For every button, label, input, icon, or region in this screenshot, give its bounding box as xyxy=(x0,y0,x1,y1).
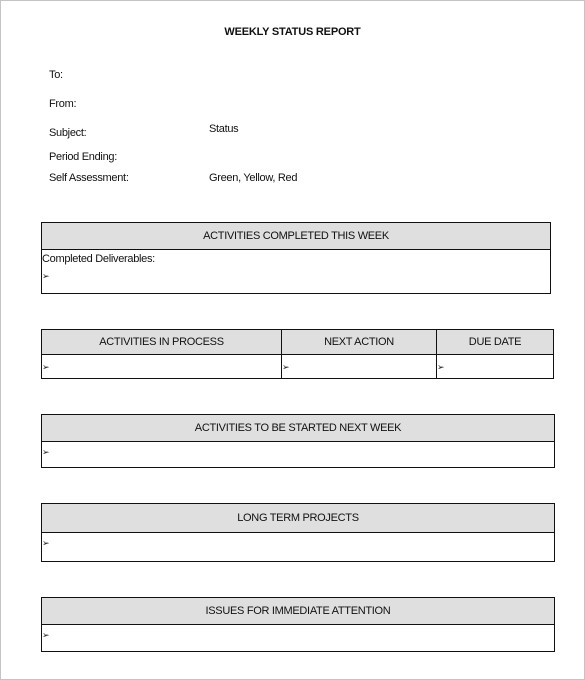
completed-activities-header: ACTIVITIES COMPLETED THIS WEEK xyxy=(42,223,551,250)
completed-activities-cell[interactable]: Completed Deliverables: ➢ xyxy=(42,250,551,294)
arrow-bullet-icon: ➢ xyxy=(437,362,444,373)
next-week-cell[interactable]: ➢ xyxy=(42,442,555,468)
in-process-header: ACTIVITIES IN PROCESS xyxy=(42,330,282,355)
document-page: WEEKLY STATUS REPORT To: From: Subject: … xyxy=(0,0,585,680)
due-date-header: DUE DATE xyxy=(437,330,554,355)
issues-table: ISSUES FOR IMMEDIATE ATTENTION ➢ xyxy=(41,597,555,652)
arrow-bullet-icon: ➢ xyxy=(42,538,49,549)
in-process-table: ACTIVITIES IN PROCESS NEXT ACTION DUE DA… xyxy=(41,329,554,379)
completed-activities-table: ACTIVITIES COMPLETED THIS WEEK Completed… xyxy=(41,222,551,294)
next-week-header: ACTIVITIES TO BE STARTED NEXT WEEK xyxy=(42,415,555,442)
self-assessment-value[interactable]: Green, Yellow, Red xyxy=(209,172,297,184)
completed-deliverables-label: Completed Deliverables: xyxy=(42,253,550,265)
long-term-projects-cell[interactable]: ➢ xyxy=(42,533,555,562)
to-label: To: xyxy=(49,69,63,81)
in-process-cell[interactable]: ➢ xyxy=(42,355,282,379)
next-week-table: ACTIVITIES TO BE STARTED NEXT WEEK ➢ xyxy=(41,414,555,468)
issues-header: ISSUES FOR IMMEDIATE ATTENTION xyxy=(42,598,555,625)
from-label: From: xyxy=(49,98,76,110)
arrow-bullet-icon: ➢ xyxy=(282,362,289,373)
next-action-header: NEXT ACTION xyxy=(282,330,437,355)
next-action-cell[interactable]: ➢ xyxy=(282,355,437,379)
self-assessment-label: Self Assessment: xyxy=(49,172,129,184)
subject-label: Subject: xyxy=(49,127,86,139)
period-ending-label: Period Ending: xyxy=(49,151,117,163)
arrow-bullet-icon: ➢ xyxy=(42,271,49,282)
subject-value[interactable]: Status xyxy=(209,123,238,135)
due-date-cell[interactable]: ➢ xyxy=(437,355,554,379)
arrow-bullet-icon: ➢ xyxy=(42,362,49,373)
issues-cell[interactable]: ➢ xyxy=(42,625,555,652)
arrow-bullet-icon: ➢ xyxy=(42,447,49,458)
long-term-projects-table: LONG TERM PROJECTS ➢ xyxy=(41,503,555,562)
long-term-projects-header: LONG TERM PROJECTS xyxy=(42,504,555,533)
page-title: WEEKLY STATUS REPORT xyxy=(1,26,584,38)
arrow-bullet-icon: ➢ xyxy=(42,630,49,641)
